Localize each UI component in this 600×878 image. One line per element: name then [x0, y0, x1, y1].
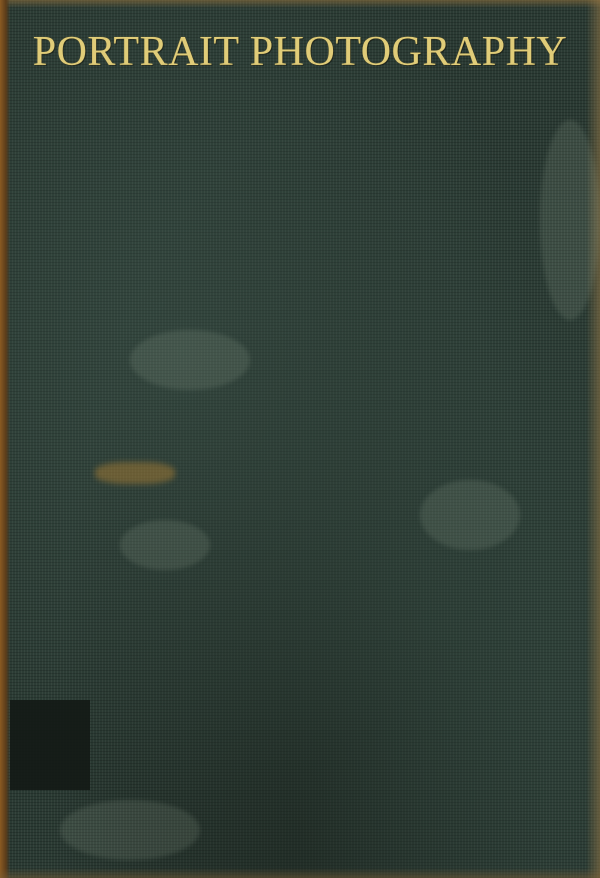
worn-top-edge	[0, 0, 600, 8]
cover-title: PORTRAIT PHOTOGRAPHY	[0, 28, 600, 76]
gilt-stain	[95, 462, 175, 484]
worn-bottom-edge	[0, 868, 600, 878]
removed-label-patch	[10, 700, 90, 790]
worn-right-edge	[586, 0, 600, 878]
cloth-scuff	[130, 330, 250, 390]
book-cover: PORTRAIT PHOTOGRAPHY	[0, 0, 600, 878]
cloth-scuff	[120, 520, 210, 570]
cloth-scuff	[60, 800, 200, 860]
cloth-scuff	[420, 480, 520, 550]
cloth-scuff	[540, 120, 600, 320]
worn-spine-edge	[0, 0, 10, 878]
